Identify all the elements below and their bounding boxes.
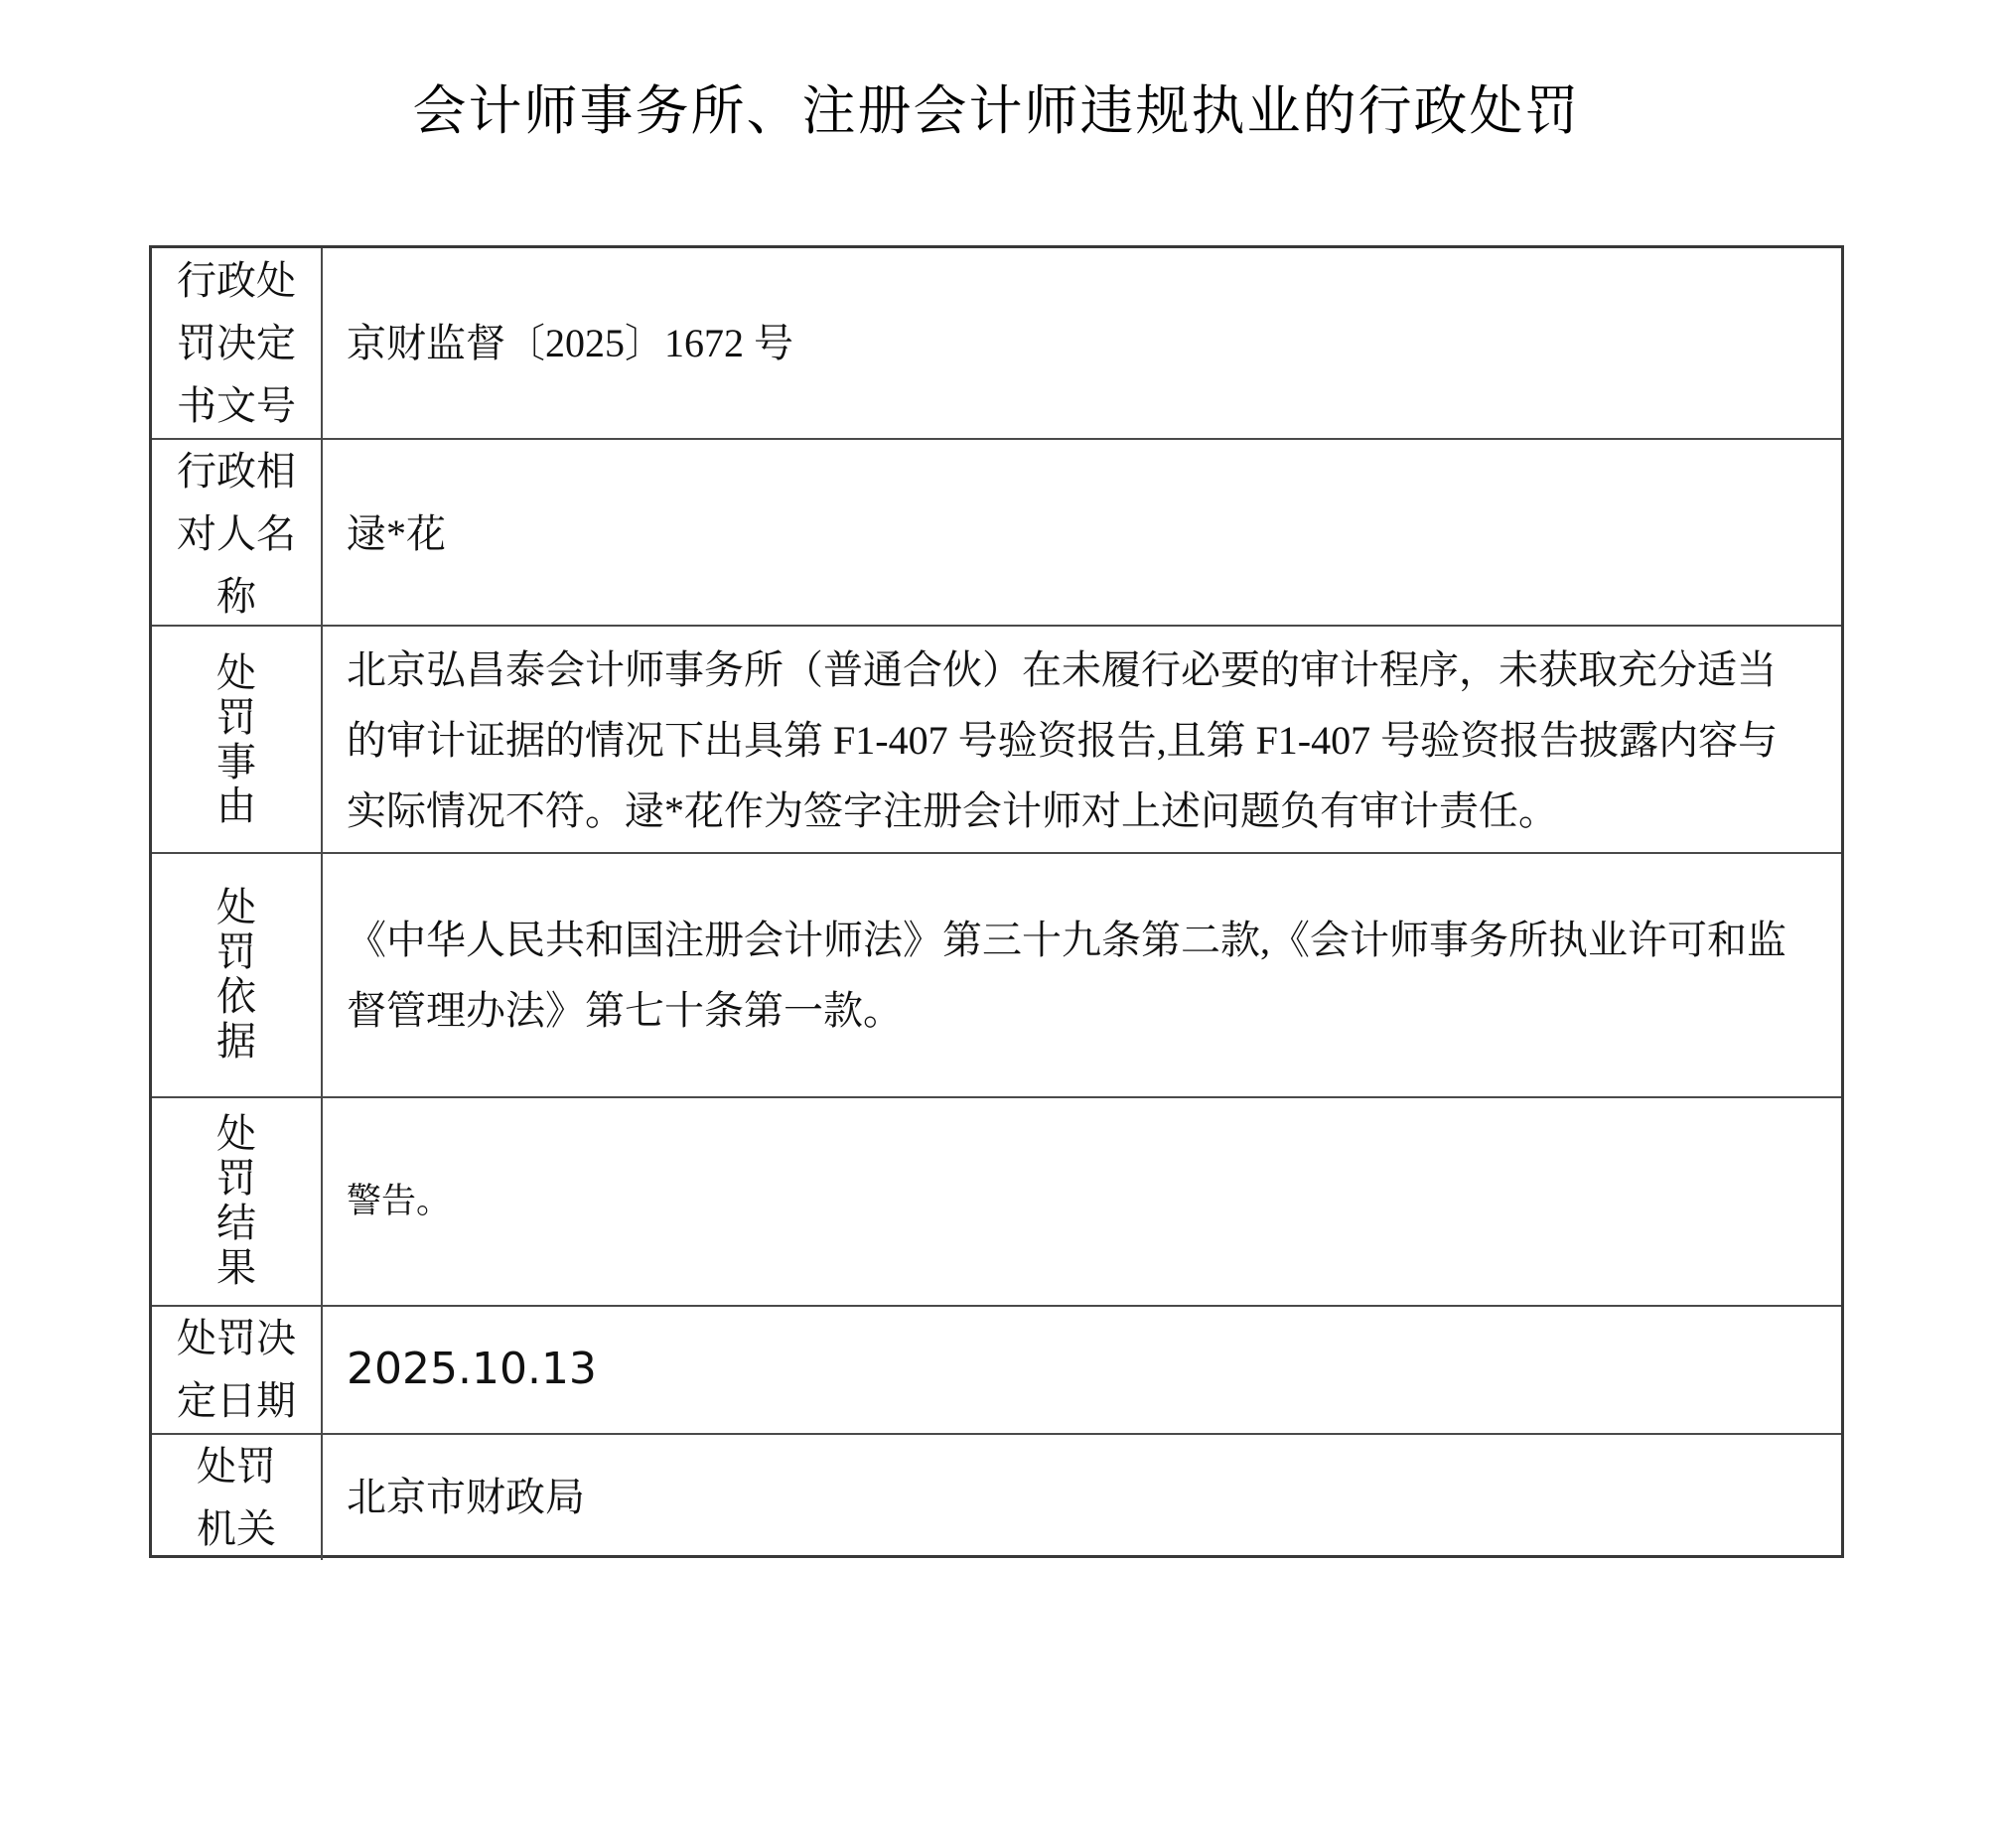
penalty-table: 行政处罚决定书文号 京财监督〔2025〕1672 号 行政相对人名称 逯*花 处… [149, 245, 1844, 1558]
value-text: 《中华人民共和国注册会计师法》第三十九条第二款,《会计师事务所执业许可和监督管理… [347, 905, 1797, 1046]
label-text: 行政处罚决定书文号 [175, 249, 298, 438]
value-party-name: 逯*花 [323, 440, 1841, 629]
label-penalty-reason: 处罚事由 [152, 627, 323, 855]
document-page: 会计师事务所、注册会计师违规执业的行政处罚 行政处罚决定书文号 京财监督〔202… [0, 79, 1998, 1558]
value-decision-number: 京财监督〔2025〕1672 号 [323, 248, 1841, 438]
label-party-name: 行政相对人名称 [152, 440, 323, 629]
label-text: 处罚事由 [212, 651, 261, 829]
value-penalty-result: 警告。 [323, 1098, 1841, 1305]
label-text: 处罚结果 [212, 1112, 261, 1290]
value-penalty-basis: 《中华人民共和国注册会计师法》第三十九条第二款,《会计师事务所执业许可和监督管理… [323, 854, 1841, 1096]
label-penalty-authority: 处罚机关 [152, 1435, 323, 1560]
value-text: 京财监督〔2025〕1672 号 [347, 308, 793, 378]
label-penalty-result: 处罚结果 [152, 1098, 323, 1305]
label-decision-date: 处罚决定日期 [152, 1307, 323, 1433]
value-decision-date: 2025.10.13 [323, 1307, 1841, 1433]
label-text: 处罚决定日期 [175, 1307, 298, 1432]
label-penalty-basis: 处罚依据 [152, 854, 323, 1096]
value-text: 警告。 [347, 1171, 451, 1232]
value-text: 北京市财政局 [347, 1462, 585, 1532]
page-title: 会计师事务所、注册会计师违规执业的行政处罚 [149, 79, 1844, 144]
label-text: 处罚依据 [212, 886, 261, 1064]
table-row-party-name: 行政相对人名称 逯*花 [152, 438, 1841, 625]
value-penalty-reason: 北京弘昌泰会计师事务所（普通合伙）在未履行必要的审计程序，未获取充分适当的审计证… [323, 627, 1841, 855]
label-decision-number: 行政处罚决定书文号 [152, 248, 323, 438]
value-penalty-authority: 北京市财政局 [323, 1435, 1841, 1560]
table-row-penalty-reason: 处罚事由 北京弘昌泰会计师事务所（普通合伙）在未履行必要的审计程序，未获取充分适… [152, 625, 1841, 852]
value-text: 逯*花 [347, 498, 446, 569]
label-text: 行政相对人名称 [175, 440, 298, 629]
value-text: 北京弘昌泰会计师事务所（普通合伙）在未履行必要的审计程序，未获取充分适当的审计证… [347, 635, 1797, 847]
table-row-decision-number: 行政处罚决定书文号 京财监督〔2025〕1672 号 [152, 248, 1841, 438]
table-row-decision-date: 处罚决定日期 2025.10.13 [152, 1305, 1841, 1433]
label-text: 处罚机关 [195, 1435, 278, 1560]
table-row-penalty-result: 处罚结果 警告。 [152, 1096, 1841, 1305]
table-row-penalty-basis: 处罚依据 《中华人民共和国注册会计师法》第三十九条第二款,《会计师事务所执业许可… [152, 852, 1841, 1096]
value-text: 2025.10.13 [347, 1331, 597, 1408]
table-row-penalty-authority: 处罚机关 北京市财政局 [152, 1433, 1841, 1555]
